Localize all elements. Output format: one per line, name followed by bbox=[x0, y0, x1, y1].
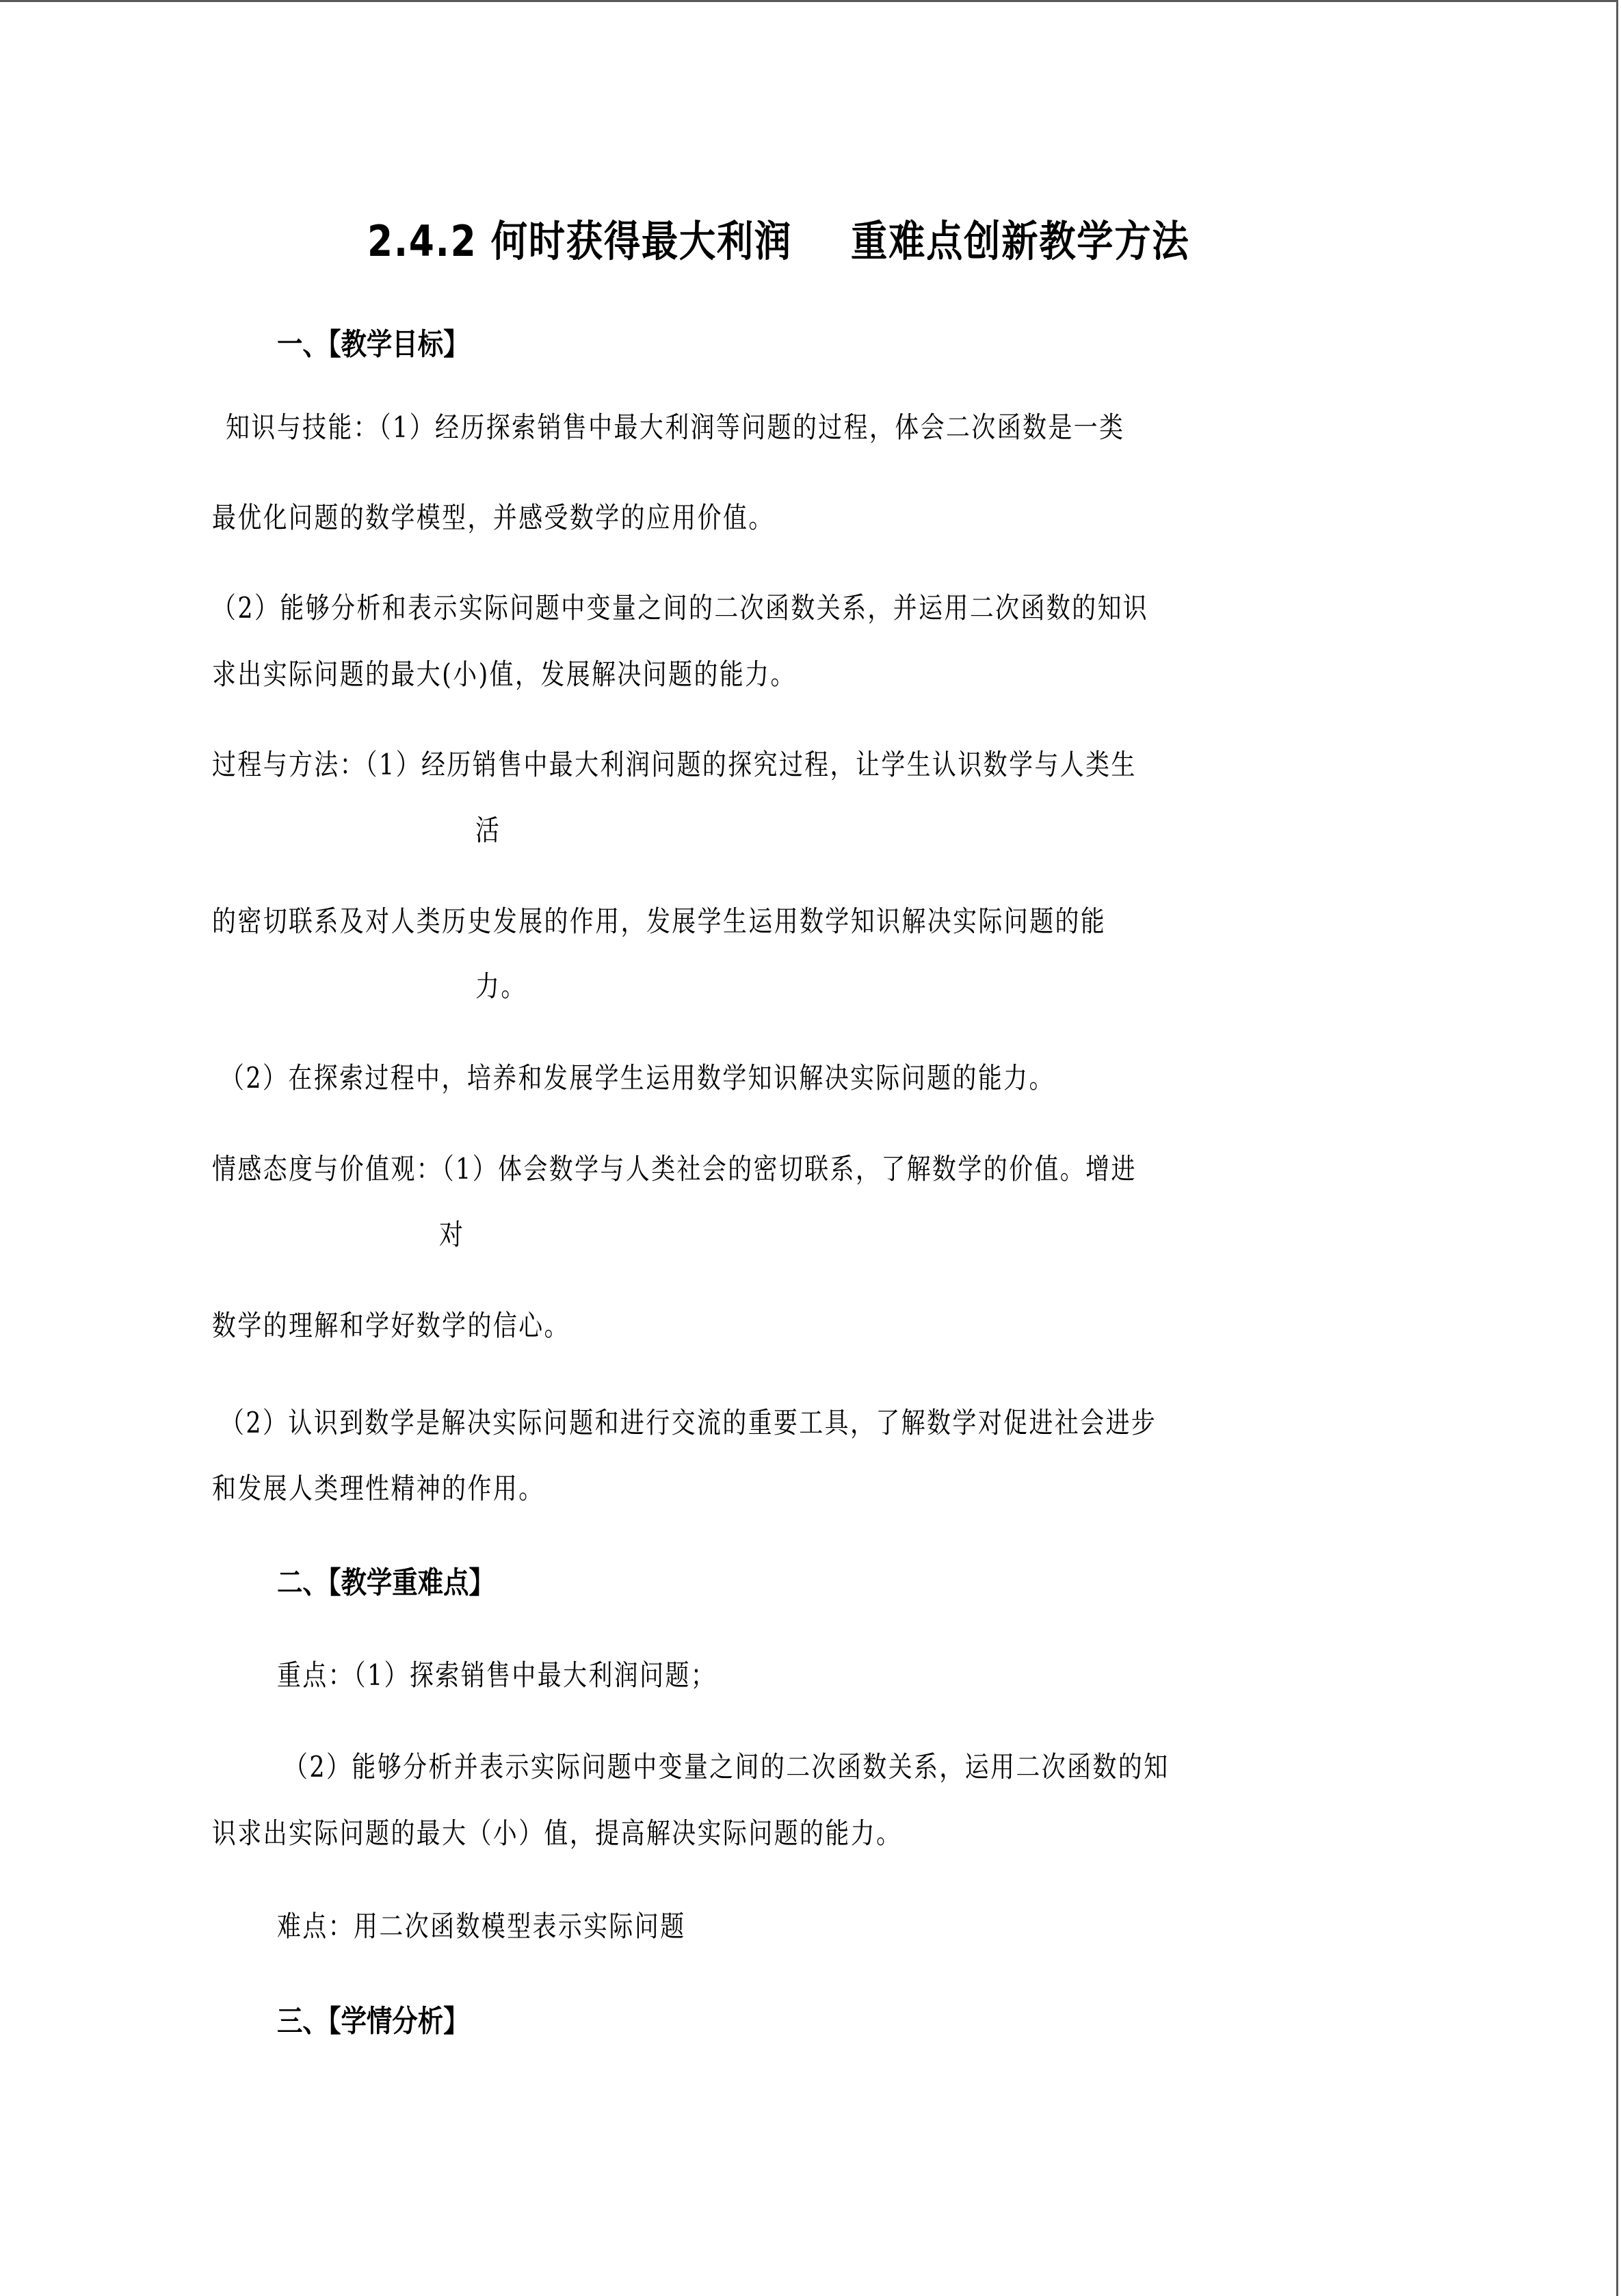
paragraph-line: （2）能够分析和表示实际问题中变量之间的二次函数关系，并运用二次函数的知识 bbox=[212, 594, 1148, 623]
paragraph-line: 的密切联系及对人类历史发展的作用，发展学生运用数学知识解决实际问题的能 bbox=[212, 907, 1106, 936]
paragraph-line: 力。 bbox=[475, 972, 527, 1001]
document-title: 2.4.2 何时获得最大利润重难点创新教学方法 bbox=[367, 220, 1189, 263]
paragraph-line: 最优化问题的数学模型，并感受数学的应用价值。 bbox=[212, 504, 774, 532]
paragraph-line: 重点：（1）探索销售中最大利润问题； bbox=[277, 1661, 716, 1690]
paragraph-line: 活 bbox=[475, 816, 501, 845]
paragraph-line: 对 bbox=[439, 1221, 464, 1249]
page-border bbox=[0, 0, 1618, 2296]
title-part-2: 重难点创新教学方法 bbox=[851, 216, 1189, 266]
section-heading-student-analysis: 三、【学情分析】 bbox=[277, 2007, 469, 2037]
paragraph-line: （2）能够分析并表示实际问题中变量之间的二次函数关系，运用二次函数的知 bbox=[284, 1753, 1170, 1782]
paragraph-line: （2）在探索过程中，培养和发展学生运用数学知识解决实际问题的能力。 bbox=[220, 1064, 1055, 1093]
section-heading-teaching-goals: 一、【教学目标】 bbox=[277, 330, 469, 360]
paragraph-line: 求出实际问题的最大(小)值，发展解决问题的能力。 bbox=[212, 660, 796, 689]
title-part-1: 2.4.2 何时获得最大利润 bbox=[367, 216, 792, 266]
paragraph-line: 过程与方法：（1）经历销售中最大利润问题的探究过程，让学生认识数学与人类生 bbox=[212, 751, 1137, 779]
paragraph-line: 识求出实际问题的最大（小）值，提高解决实际问题的能力。 bbox=[212, 1819, 901, 1848]
section-heading-key-difficult-points: 二、【教学重难点】 bbox=[277, 1568, 495, 1598]
paragraph-line: 难点：用二次函数模型表示实际问题 bbox=[277, 1912, 686, 1941]
paragraph-line: （2）认识到数学是解决实际问题和进行交流的重要工具，了解数学对促进社会进步 bbox=[220, 1409, 1157, 1437]
paragraph-line: 数学的理解和学好数学的信心。 bbox=[212, 1312, 570, 1340]
paragraph-line: 情感态度与价值观：（1）体会数学与人类社会的密切联系，了解数学的价值。增进 bbox=[212, 1155, 1137, 1184]
paragraph-line: 知识与技能：（1）经历探索销售中最大利润等问题的过程，体会二次函数是一类 bbox=[226, 413, 1124, 442]
paragraph-line: 和发展人类理性精神的作用。 bbox=[212, 1474, 544, 1503]
